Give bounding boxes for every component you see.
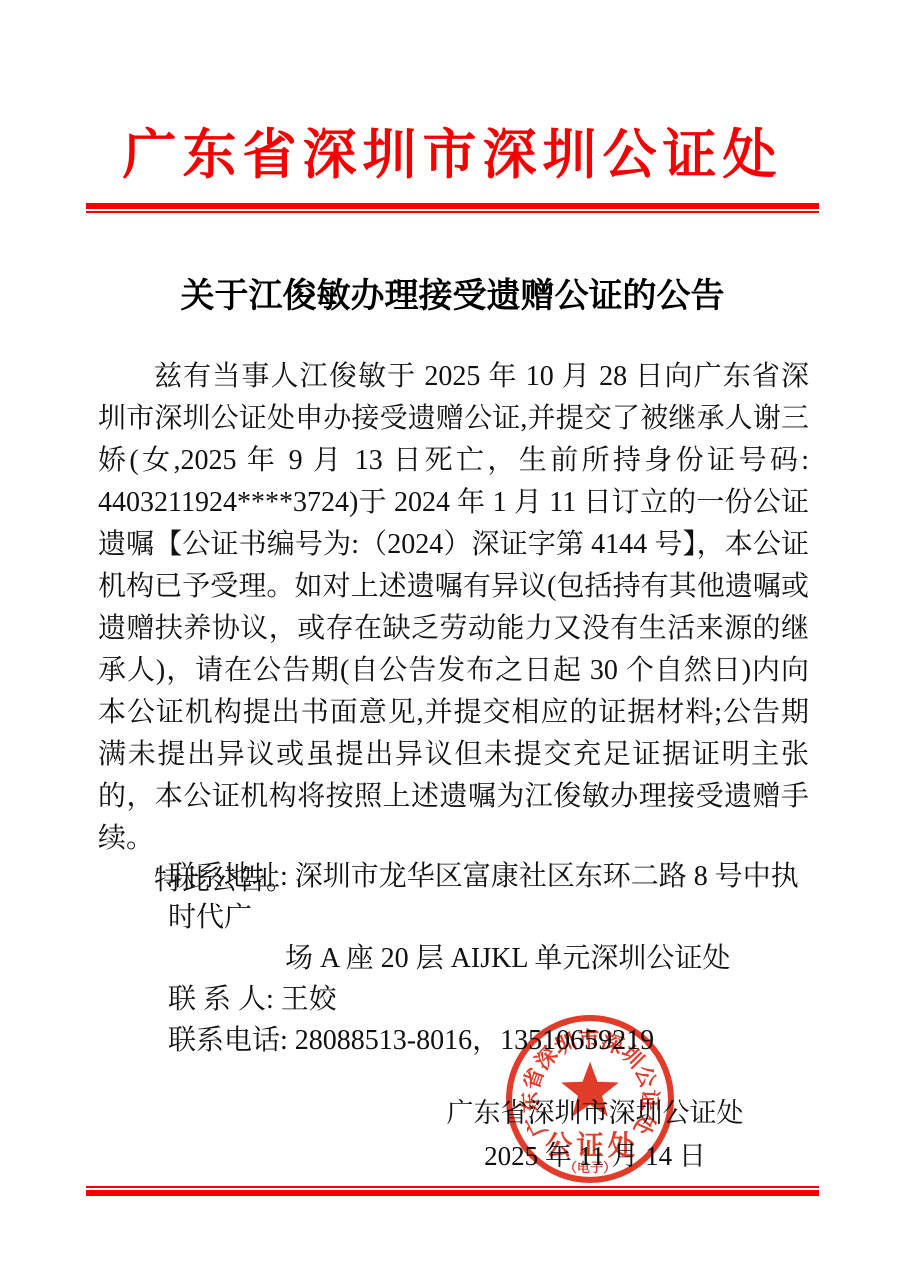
footer-double-rule — [86, 1186, 819, 1196]
seal-star-icon — [561, 1062, 619, 1117]
letterhead-org-title: 广东省深圳市深圳公证处 — [0, 122, 905, 190]
contact-address-line2: 场 A 座 20 层 AIJKL 单元深圳公证处 — [98, 938, 809, 979]
contact-address-line1: 联系地址: 深圳市龙华区富康社区东环二路 8 号中执时代广 — [98, 856, 809, 938]
contact-person-label: 联 系 人: — [168, 984, 274, 1015]
contact-block: 联系地址: 深圳市龙华区富康社区东环二路 8 号中执时代广 场 A 座 20 层… — [98, 856, 809, 1061]
notice-body: 兹有当事人江俊敏于 2025 年 10 月 28 日向广东省深圳市深圳公证处申办… — [98, 356, 809, 902]
contact-phone-label: 联系电话: — [168, 1025, 288, 1056]
seal-center-text: 公证处 — [545, 1131, 639, 1161]
contact-phone-line: 联系电话: 28088513-8016，13510659219 — [98, 1020, 809, 1061]
seal-electronic-subtext: （电子） — [564, 1159, 617, 1175]
letterhead-double-rule — [86, 203, 819, 213]
contact-person-line: 联 系 人: 王姣 — [98, 979, 809, 1020]
notice-document-page: 广东省深圳市深圳公证处 关于江俊敏办理接受遗赠公证的公告 兹有当事人江俊敏于 2… — [0, 0, 905, 1282]
contact-address-label: 联系地址: — [168, 861, 288, 892]
body-paragraph-main: 兹有当事人江俊敏于 2025 年 10 月 28 日向广东省深圳市深圳公证处申办… — [98, 356, 809, 860]
contact-person-value: 王姣 — [281, 984, 337, 1015]
notice-title: 关于江俊敏办理接受遗赠公证的公告 — [0, 268, 905, 317]
official-seal: 广东省深圳市深圳公证处 公证处 （电子） — [504, 1013, 676, 1185]
